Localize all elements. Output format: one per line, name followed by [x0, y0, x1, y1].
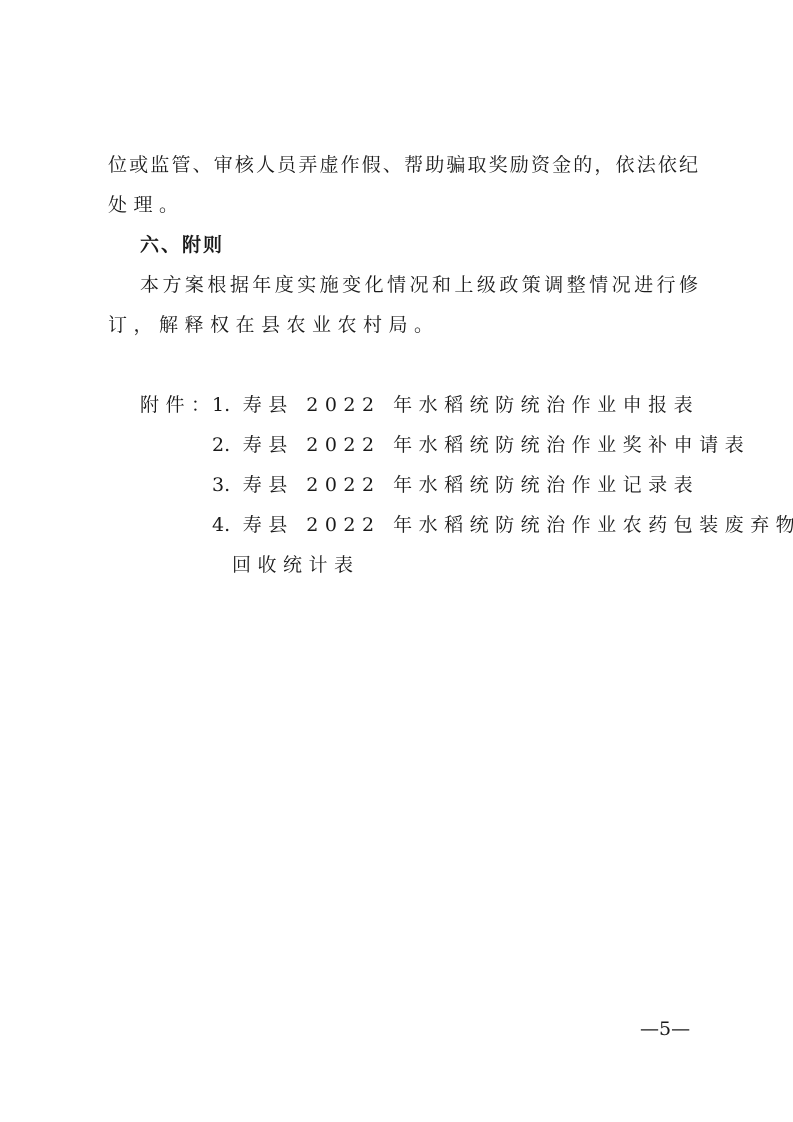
attachment-item: 2. 寿县 2022 年水稻统防统治作业奖补申请表	[212, 432, 750, 458]
document-page: 位或监管、审核人员弄虚作假、帮助骗取奖励资金的，依法依纪 处理。 六、附则 本方…	[0, 0, 793, 1122]
attachment-item: 1. 寿县 2022 年水稻统防统治作业申报表	[212, 392, 699, 418]
attachment-text: 寿县 2022 年水稻统防统治作业农药包装废弃物	[243, 514, 793, 536]
paragraph-line: 订，解释权在县农业农村局。	[108, 312, 440, 338]
paragraph-line: 处理。	[108, 192, 185, 218]
page-number: —5—	[640, 1016, 690, 1042]
attachment-item: 4. 寿县 2022 年水稻统防统治作业农药包装废弃物	[212, 512, 793, 538]
attachment-text: 寿县 2022 年水稻统防统治作业申报表	[243, 394, 699, 416]
paragraph-line: 本方案根据年度实施变化情况和上级政策调整情况进行修	[140, 272, 698, 298]
attachment-number: 2.	[212, 434, 230, 456]
attachment-text: 寿县 2022 年水稻统防统治作业奖补申请表	[243, 434, 750, 456]
attachment-number: 3.	[212, 474, 230, 496]
attachment-item-continuation: 回收统计表	[232, 552, 360, 578]
paragraph-line: 位或监管、审核人员弄虚作假、帮助骗取奖励资金的，依法依纪	[108, 152, 698, 178]
attachment-number: 4.	[212, 514, 230, 536]
attachment-number: 1.	[212, 394, 230, 416]
attachments-label: 附件：	[140, 392, 217, 418]
attachment-text: 寿县 2022 年水稻统防统治作业记录表	[243, 474, 699, 496]
attachment-item: 3. 寿县 2022 年水稻统防统治作业记录表	[212, 472, 699, 498]
section-heading: 六、附则	[140, 232, 224, 258]
